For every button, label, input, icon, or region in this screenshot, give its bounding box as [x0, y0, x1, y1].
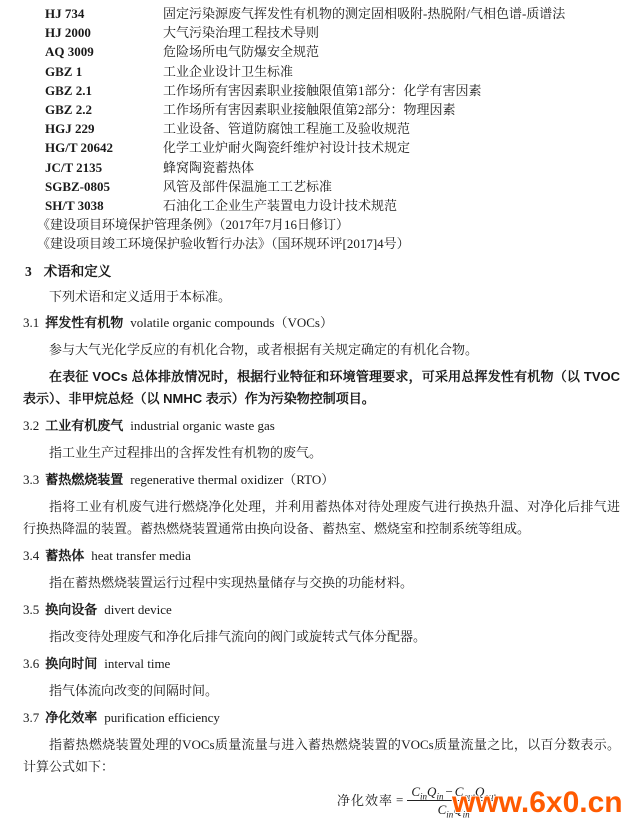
term-number: 3.6: [23, 656, 39, 671]
standard-title: 固定污染源废气挥发性有机物的测定固相吸附-热脱附/气相色谱-质谱法: [163, 4, 640, 23]
term-heading: 3.2工业有机废气industrial organic waste gas: [23, 415, 640, 437]
formula-subscript: in: [420, 791, 427, 801]
term-name-en: regenerative thermal oxidizer（RTO）: [130, 472, 334, 487]
reference-row: SGBZ-0805风管及部件保温施工工艺标准: [0, 177, 640, 196]
term-number: 3.2: [23, 418, 39, 433]
standard-title: 大气污染治理工程技术导则: [163, 23, 640, 42]
standard-title: 石油化工企业生产装置电力设计技术规范: [163, 196, 640, 215]
standard-code: HJ 2000: [45, 23, 163, 42]
standard-code: SGBZ-0805: [45, 177, 163, 196]
standard-title: 工作场所有害因素职业接触限值第2部分：物理因素: [163, 100, 640, 119]
standard-title: 化学工业炉耐火陶瓷纤维炉衬设计技术规定: [163, 138, 640, 157]
section-heading: 3术语和定义: [25, 262, 640, 282]
term-name-zh: 蓄热体: [45, 548, 84, 563]
term-name-zh: 工业有机废气: [45, 418, 123, 433]
reference-row: HG/T 20642化学工业炉耐火陶瓷纤维炉衬设计技术规定: [0, 138, 640, 157]
term-name-zh: 换向设备: [45, 602, 97, 617]
term-name-zh: 换向时间: [45, 656, 97, 671]
term-heading: 3.6换向时间interval time: [23, 653, 640, 675]
term-name-zh: 挥发性有机物: [45, 315, 123, 330]
term-definition: 指改变待处理废气和净化后排气流向的阀门或旋转式气体分配器。: [0, 626, 640, 648]
standard-title: 蜂窝陶瓷蓄热体: [163, 158, 640, 177]
section-number: 3: [25, 264, 32, 279]
reference-row: SH/T 3038石油化工企业生产装置电力设计技术规范: [0, 196, 640, 215]
standard-title: 风管及部件保温施工工艺标准: [163, 177, 640, 196]
formula-variable: C: [438, 802, 447, 817]
reference-row: HJ 2000大气污染治理工程技术导则: [0, 23, 640, 42]
reference-row: JC/T 2135蜂窝陶瓷蓄热体: [0, 158, 640, 177]
standard-code: SH/T 3038: [45, 196, 163, 215]
site-watermark: www.6x0.cn: [452, 786, 623, 820]
term-number: 3.4: [23, 548, 39, 563]
term-name-en: industrial organic waste gas: [130, 418, 275, 433]
term-definition: 在表征 VOCs 总体排放情况时，根据行业特征和环境管理要求，可采用总挥发性有机…: [0, 366, 640, 410]
term-name-en: heat transfer media: [91, 548, 191, 563]
term-definition: 指蓄热燃烧装置处理的VOCs质量流量与进入蓄热燃烧装置的VOCs质量流量之比，以…: [0, 734, 640, 778]
formula-lhs: 净化效率: [337, 790, 393, 809]
term-name-en: divert device: [104, 602, 172, 617]
term-number: 3.1: [23, 315, 39, 330]
standard-title: 危险场所电气防爆安全规范: [163, 42, 640, 61]
term-heading: 3.3蓄热燃烧装置regenerative thermal oxidizer（R…: [23, 469, 640, 491]
reference-row: GBZ 2.1工作场所有害因素职业接触限值第1部分：化学有害因素: [0, 81, 640, 100]
references-list: HJ 734固定污染源废气挥发性有机物的测定固相吸附-热脱附/气相色谱-质谱法H…: [0, 0, 640, 215]
term-definition: 指将工业有机废气进行燃烧净化处理，并利用蓄热体对待处理废气进行换热升温、对净化后…: [0, 496, 640, 540]
standard-code: JC/T 2135: [45, 158, 163, 177]
standard-code: HGJ 229: [45, 119, 163, 138]
document-page: HJ 734固定污染源废气挥发性有机物的测定固相吸附-热脱附/气相色谱-质谱法H…: [0, 0, 640, 829]
term-definition: 指工业生产过程排出的含挥发性有机物的废气。: [0, 442, 640, 464]
section-title: 术语和定义: [44, 264, 112, 279]
term-heading: 3.7净化效率purification efficiency: [23, 707, 640, 729]
standard-code: GBZ 1: [45, 62, 163, 81]
terms-container: 3.1挥发性有机物volatile organic compounds（VOCs…: [0, 312, 640, 778]
reference-row: AQ 3009危险场所电气防爆安全规范: [0, 42, 640, 61]
standard-title: 工业企业设计卫生标准: [163, 62, 640, 81]
regulation-documents: 《建设项目环境保护管理条例》（2017年7月16日修订）《建设项目竣工环境保护验…: [0, 215, 640, 253]
term-name-en: purification efficiency: [104, 710, 220, 725]
term-heading: 3.1挥发性有机物volatile organic compounds（VOCs…: [23, 312, 640, 334]
standard-code: AQ 3009: [45, 42, 163, 61]
standard-code: HJ 734: [45, 4, 163, 23]
term-number: 3.3: [23, 472, 39, 487]
term-definition: 指在蓄热燃烧装置运行过程中实现热量储存与交换的功能材料。: [0, 572, 640, 594]
reference-row: GBZ 2.2工作场所有害因素职业接触限值第2部分：物理因素: [0, 100, 640, 119]
section-intro: 下列术语和定义适用于本标准。: [49, 287, 640, 307]
term-heading: 3.5换向设备divert device: [23, 599, 640, 621]
reference-row: GBZ 1工业企业设计卫生标准: [0, 62, 640, 81]
regulation-line: 《建设项目环境保护管理条例》（2017年7月16日修订）: [37, 215, 640, 234]
standard-title: 工业设备、管道防腐蚀工程施工及验收规范: [163, 119, 640, 138]
term-heading: 3.4蓄热体heat transfer media: [23, 545, 640, 567]
regulation-line: 《建设项目竣工环境保护验收暂行办法》（国环规环评[2017]4号）: [37, 234, 640, 253]
term-name-en: interval time: [104, 656, 170, 671]
term-definition: 指气体流向改变的间隔时间。: [0, 680, 640, 702]
term-name-zh: 净化效率: [45, 710, 97, 725]
term-name-zh: 蓄热燃烧装置: [45, 472, 123, 487]
formula-variable: C: [411, 784, 420, 799]
term-number: 3.5: [23, 602, 39, 617]
standard-code: GBZ 2.1: [45, 81, 163, 100]
formula-equals: =: [396, 792, 403, 808]
reference-row: HGJ 229工业设备、管道防腐蚀工程施工及验收规范: [0, 119, 640, 138]
standard-code: HG/T 20642: [45, 138, 163, 157]
term-name-en: volatile organic compounds（VOCs）: [130, 315, 333, 330]
standard-code: GBZ 2.2: [45, 100, 163, 119]
term-definition: 参与大气光化学反应的有机化合物，或者根据有关规定确定的有机化合物。: [0, 339, 640, 361]
reference-row: HJ 734固定污染源废气挥发性有机物的测定固相吸附-热脱附/气相色谱-质谱法: [0, 4, 640, 23]
term-number: 3.7: [23, 710, 39, 725]
standard-title: 工作场所有害因素职业接触限值第1部分：化学有害因素: [163, 81, 640, 100]
